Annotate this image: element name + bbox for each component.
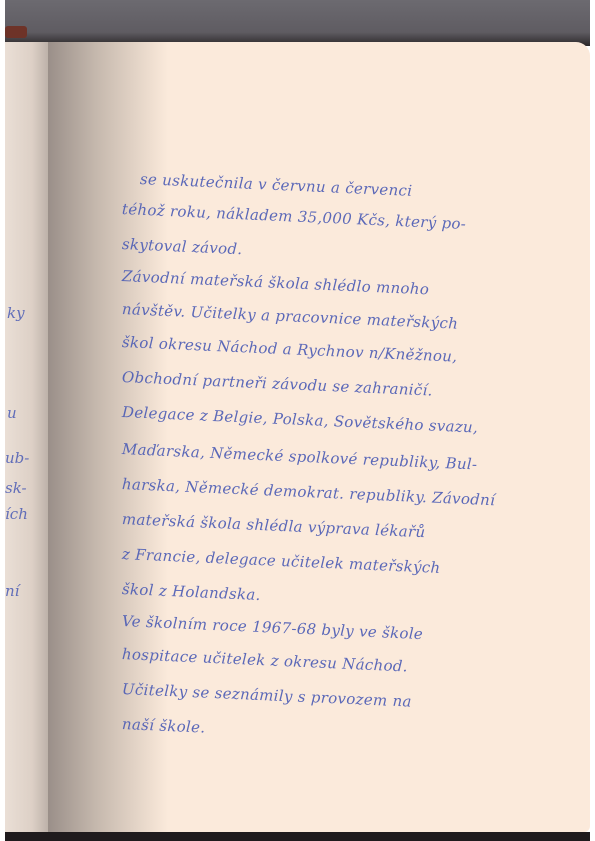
scanned-notebook-spread: ky u ub- sk- ích ní se uskutečnila v čer… xyxy=(0,0,595,841)
left-page-fragment: ní xyxy=(5,582,19,600)
notebook-cover-top xyxy=(5,0,590,46)
left-page-fragment: sk- xyxy=(5,479,27,497)
left-page-fragment: ích xyxy=(5,505,28,523)
left-page-fragment: ky xyxy=(7,304,25,322)
text-line: naší škole. xyxy=(122,715,206,737)
notebook-cover-bottom xyxy=(5,832,590,841)
left-page: ky u ub- sk- ích ní xyxy=(5,42,50,832)
page-gutter-shadow xyxy=(48,42,168,832)
left-page-fragment: u xyxy=(7,404,17,422)
left-page-fragment: ub- xyxy=(5,449,29,467)
cover-corner-binding xyxy=(5,26,27,38)
